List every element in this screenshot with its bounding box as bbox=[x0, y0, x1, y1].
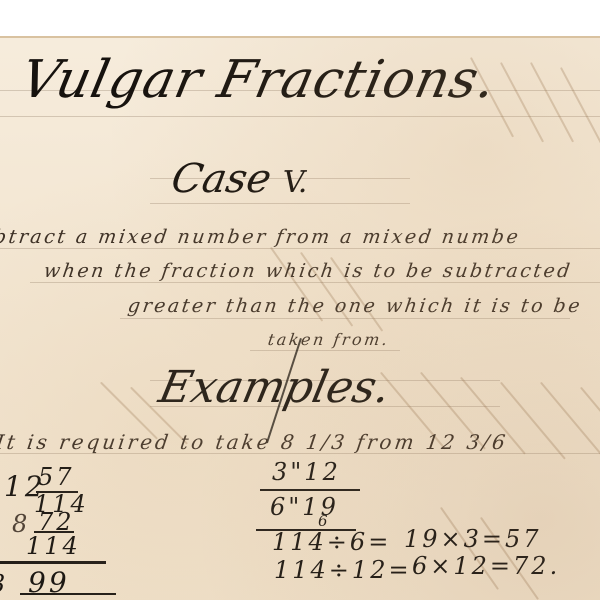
problem-statement: It is required to take 8 1/3 from 12 3/6 bbox=[0, 430, 510, 454]
working-line-3-result: 19×3=57 bbox=[404, 525, 542, 553]
working-line-3: 114÷6= bbox=[272, 528, 391, 556]
working-line-4-result: 6×12=72. bbox=[412, 552, 560, 580]
page-title: Vulgar Fractions. bbox=[16, 50, 502, 110]
rule-text-line: taken from. bbox=[267, 330, 391, 349]
copybook-page: Vulgar Fractions. Case V. btract a mixed… bbox=[0, 36, 600, 600]
bleed-through-stroke bbox=[560, 67, 600, 147]
ruled-line bbox=[0, 248, 600, 249]
subtrahend-denominator: 114 bbox=[26, 532, 81, 560]
minuend-numerator: 57 bbox=[38, 463, 75, 491]
working-line-1: 3"12 bbox=[272, 458, 341, 486]
case-heading: Case V. bbox=[168, 156, 313, 202]
rule-text-line: greater than the one which it is to be bbox=[126, 295, 583, 317]
rule-text-line: when the fraction which is to be subtrac… bbox=[42, 260, 573, 282]
working-rule bbox=[260, 489, 360, 491]
fraction-bar bbox=[20, 593, 116, 595]
examples-heading: Examples. bbox=[155, 362, 396, 413]
ruled-line bbox=[150, 203, 410, 204]
case-numeral: V. bbox=[280, 165, 312, 200]
bleed-through-stroke bbox=[540, 382, 600, 460]
result-whole: 3 bbox=[0, 570, 8, 598]
ruled-line bbox=[0, 116, 600, 117]
bleed-through-stroke bbox=[500, 382, 566, 460]
sum-rule bbox=[0, 561, 106, 564]
rule-text-line: btract a mixed number from a mixed numbe bbox=[0, 226, 522, 248]
ruled-line bbox=[30, 282, 600, 283]
working-line-4: 114÷12= bbox=[274, 556, 412, 584]
case-word: Case bbox=[168, 156, 275, 202]
ruled-line bbox=[250, 350, 400, 351]
